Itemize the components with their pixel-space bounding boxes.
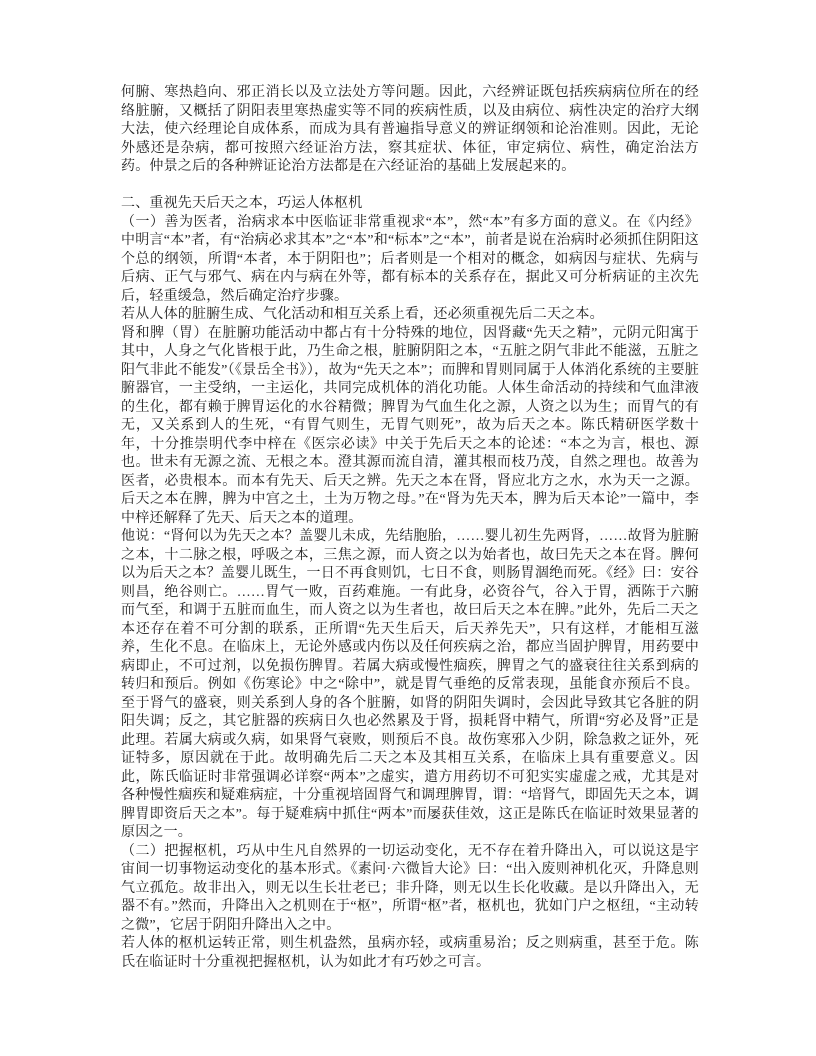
paragraph: 他说：“肾何以为先天之本？盖婴儿未成，先结胞胎，……婴儿初生先两肾，……故肾为脏… <box>121 528 699 843</box>
section-heading: 二、重视先天后天之本，巧运人体枢机 <box>121 195 699 214</box>
paragraph: 若人体的枢机运转正常，则生机盎然，虽病亦轻，或病重易治；反之则病重，甚至于危。陈… <box>121 935 699 972</box>
paragraph: 若从人体的脏腑生成、气化活动和相互关系上看，还必须重视先后二天之本。 <box>121 306 699 325</box>
paragraph: （二）把握枢机，巧从中生凡自然界的一切运动变化，无不存在着升降出入，可以说这是宇… <box>121 843 699 936</box>
text-block: 何腑、寒热趋向、邪正消长以及立法处方等问题。因此，六经辨证既包括疾病病位所在的经… <box>121 84 699 972</box>
paragraph: 肾和脾（胃）在脏腑功能活动中都占有十分特殊的地位，因肾藏“先天之精”，元阴元阳寓… <box>121 325 699 529</box>
document-page: 何腑、寒热趋向、邪正消长以及立法处方等问题。因此，六经辨证既包括疾病病位所在的经… <box>0 0 816 1056</box>
paragraph <box>121 177 699 196</box>
paragraph: 何腑、寒热趋向、邪正消长以及立法处方等问题。因此，六经辨证既包括疾病病位所在的经… <box>121 84 699 177</box>
paragraph: （一）善为医者，治病求本中医临证非常重视求“本”，然“本”有多方面的意义。在《内… <box>121 214 699 307</box>
